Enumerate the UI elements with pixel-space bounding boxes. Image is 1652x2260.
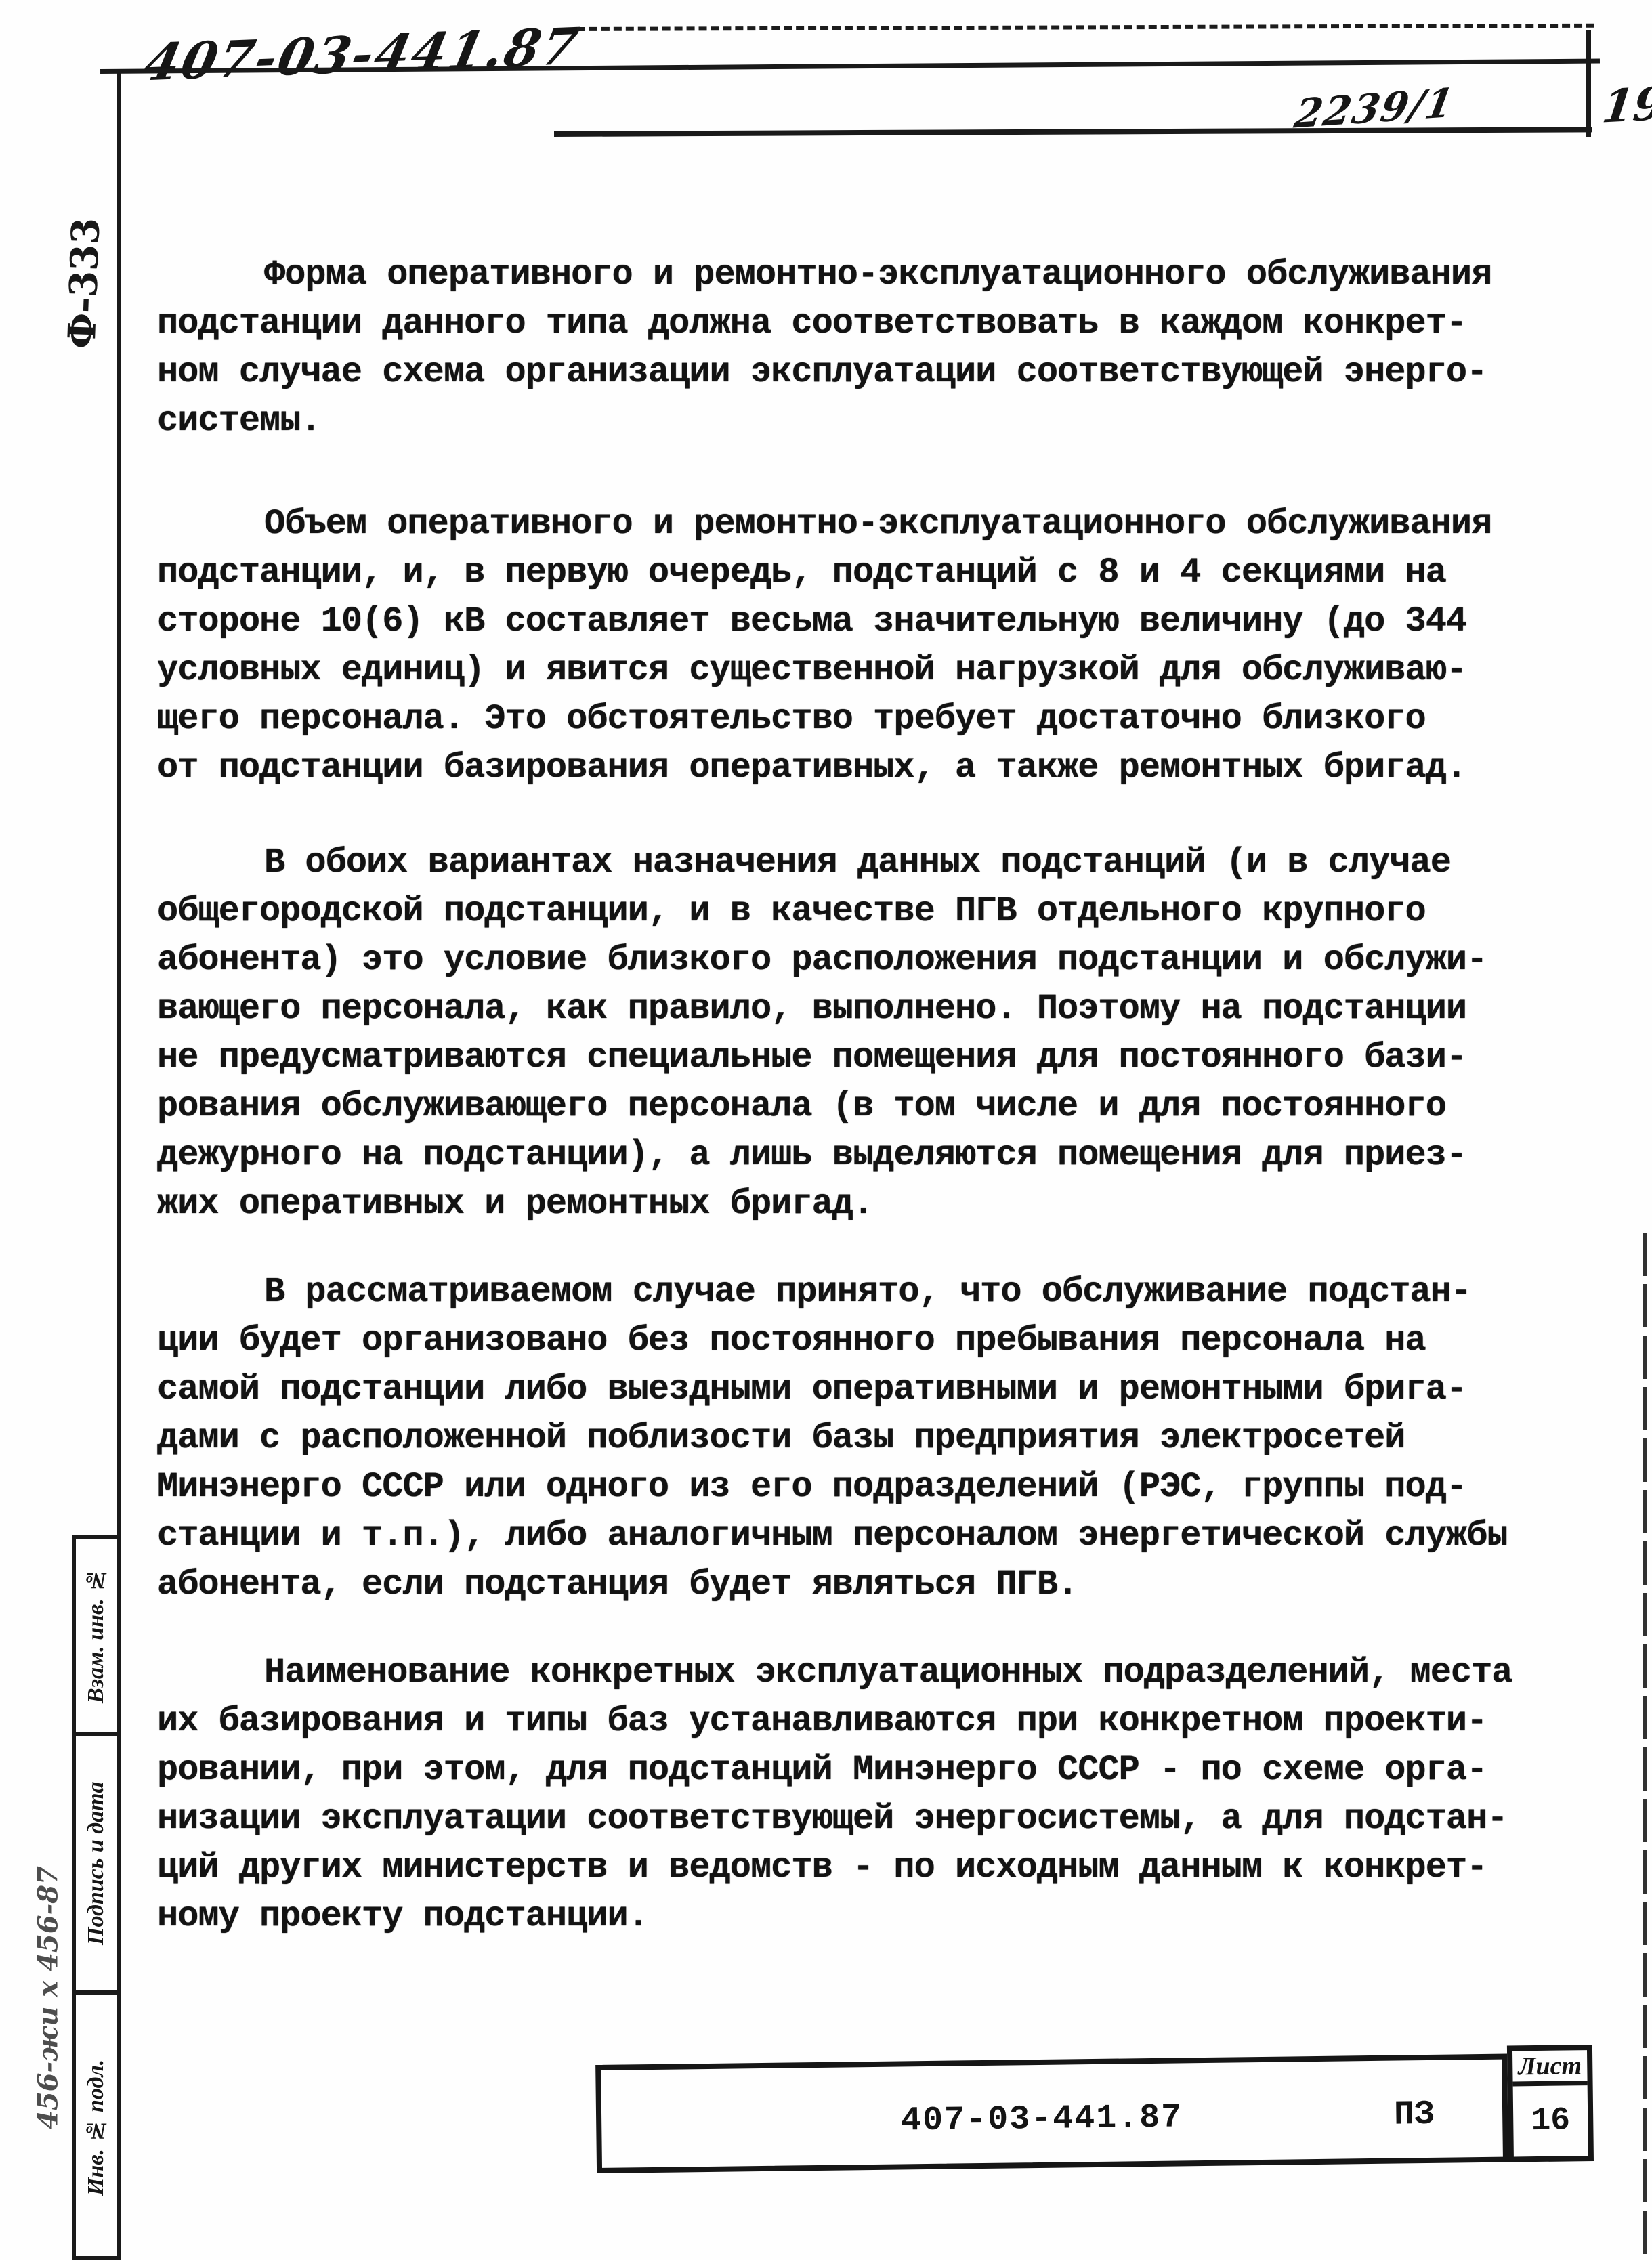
frame-cell-inv-podl: Инв. № подл.: [76, 1990, 117, 2260]
margin-handwriting-text: 456-жи х 456-87: [30, 1747, 66, 2248]
form-code-stamp: Ф-333: [60, 215, 108, 351]
frame-cell-vzam-inv: Взам. инв. №: [76, 1539, 117, 1732]
text-line: ровании, при этом, для подстанций Минэне…: [157, 1746, 1630, 1795]
paragraph: В рассматриваемом случае принято, что об…: [157, 1268, 1630, 1609]
text-line: не предусматриваются специальные помещен…: [157, 1033, 1630, 1082]
text-line: вающего персонала, как правило, выполнен…: [157, 985, 1630, 1033]
header-box-divider: [1586, 30, 1591, 137]
text-line: общегородской подстанции, и в качестве П…: [157, 887, 1630, 936]
page-number: 19: [1599, 77, 1652, 133]
stamp-doc-number: 407-03-441.87: [805, 2097, 1279, 2142]
margin-handwriting: 456-жи х 456-87: [30, 1747, 66, 2248]
text-line: станции и т.п.), либо аналогичным персон…: [157, 1512, 1630, 1560]
text-line: Форма оперативного и ремонтно-эксплуатац…: [157, 251, 1630, 299]
left-frame-rule: [117, 70, 121, 1535]
paragraph: Объем оперативного и ремонтно-эксплуатац…: [157, 500, 1630, 792]
stamp-section-code: ПЗ: [1394, 2095, 1435, 2135]
title-block-box: 407-03-441.87 ПЗ: [595, 2054, 1508, 2173]
text-line: В рассматриваемом случае принято, что об…: [157, 1268, 1630, 1317]
text-line: дами с расположенной поблизости базы пре…: [157, 1414, 1630, 1463]
text-line: ному проекту подстанции.: [157, 1892, 1630, 1941]
frame-cell-inv-podl-label: Инв. № подл.: [76, 1995, 117, 2260]
text-line: Наименование конкретных эксплуатационных…: [157, 1648, 1630, 1697]
sheet-number: 16: [1513, 2085, 1588, 2156]
paragraph: Наименование конкретных эксплуатационных…: [157, 1648, 1630, 1941]
form-code-label: Ф-333: [60, 215, 108, 351]
text-line: стороне 10(6) кВ составляет весьма значи…: [157, 597, 1630, 646]
text-line: самой подстанции либо выездными оператив…: [157, 1365, 1630, 1414]
handwritten-doc-number: 407-03-441.87: [139, 17, 585, 92]
text-line: рования обслуживающего персонала (в том …: [157, 1082, 1630, 1131]
text-line: щего персонала. Это обстоятельство требу…: [157, 695, 1630, 744]
text-line: Минэнерго СССР или одного из его подразд…: [157, 1463, 1630, 1512]
text-line: их базирования и типы баз устанавливаютс…: [157, 1697, 1630, 1746]
scanned-document-page: 407-03-441.87 2239/1 19 Ф-333 456-жи х 4…: [0, 0, 1652, 2260]
frame-cell-podpis-data: Подпись и дата: [76, 1732, 117, 1990]
text-line: ном случае схема организации эксплуатаци…: [157, 348, 1630, 397]
text-line: ций других министерств и ведомств - по и…: [157, 1843, 1630, 1892]
paragraph: В обоих вариантах назначения данных подс…: [157, 838, 1630, 1229]
header-box-bottom-line: [554, 127, 1592, 137]
sheet-label: Лист: [1512, 2050, 1588, 2086]
frame-cell-podpis-data-label: Подпись и дата: [76, 1736, 117, 1990]
text-line: от подстанции базирования оперативных, а…: [157, 744, 1630, 792]
text-line: В обоих вариантах назначения данных подс…: [157, 838, 1630, 887]
text-line: подстанции, и, в первую очередь, подстан…: [157, 549, 1630, 597]
text-line: абонента, если подстанция будет являться…: [157, 1560, 1630, 1609]
text-line: дежурного на подстанции), а лишь выделяю…: [157, 1131, 1630, 1180]
text-line: жих оперативных и ремонтных бригад.: [157, 1180, 1630, 1229]
header-dashed-line: [577, 24, 1594, 31]
text-line: условных единиц) и явится существенной н…: [157, 646, 1630, 695]
text-line: подстанции данного типа должна соответст…: [157, 299, 1630, 348]
page-edge-line: [1643, 1233, 1647, 2260]
sheet-cell: Лист 16: [1507, 2045, 1594, 2162]
text-line: абонента) это условие близкого расположе…: [157, 936, 1630, 985]
text-line: системы.: [157, 397, 1630, 446]
frame-cell-vzam-inv-label: Взам. инв. №: [76, 1539, 117, 1732]
text-line: Объем оперативного и ремонтно-эксплуатац…: [157, 500, 1630, 549]
title-block: 407-03-441.87 ПЗ Лист 16: [595, 2045, 1594, 2173]
text-line: низации эксплуатации соответствующей эне…: [157, 1795, 1630, 1843]
text-line: ции будет организовано без постоянного п…: [157, 1317, 1630, 1365]
frame-label-table: Взам. инв. № Подпись и дата Инв. № подл.: [72, 1535, 121, 2260]
paragraph: Форма оперативного и ремонтно-эксплуатац…: [157, 251, 1630, 446]
